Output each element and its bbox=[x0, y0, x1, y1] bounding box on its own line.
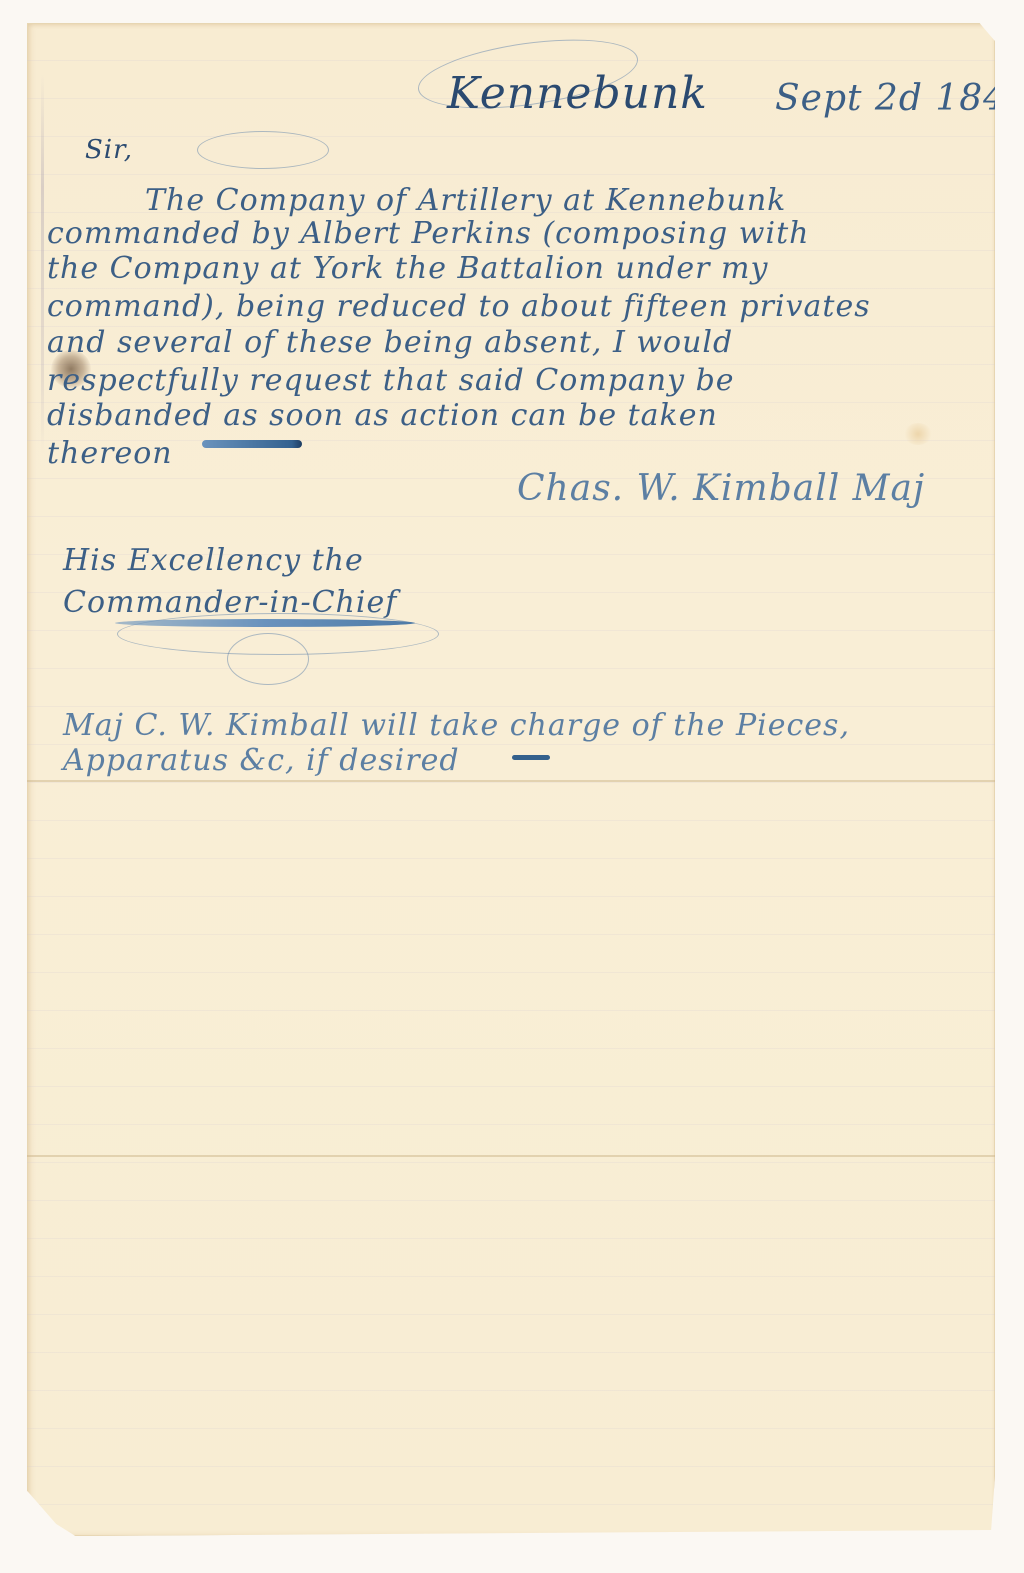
addressee-line: His Excellency the bbox=[63, 543, 364, 578]
body-line: commanded by Albert Perkins (composing w… bbox=[47, 216, 809, 251]
body-line: disbanded as soon as action can be taken bbox=[47, 398, 718, 433]
body-line: respectfully request that said Company b… bbox=[47, 363, 735, 398]
foxing-spot bbox=[904, 423, 932, 445]
edge-bleed-mark bbox=[41, 73, 44, 453]
addressee-underline bbox=[115, 619, 415, 627]
body-line: command), being reduced to about fifteen… bbox=[47, 289, 871, 324]
letter-place: Kennebunk bbox=[447, 68, 708, 119]
signature: Chas. W. Kimball Maj bbox=[517, 468, 925, 509]
postscript-line: Apparatus &c, if desired bbox=[63, 743, 460, 778]
fold-line bbox=[27, 1155, 995, 1157]
salutation: Sir, bbox=[85, 135, 133, 165]
postscript-line: Maj C. W. Kimball will take charge of th… bbox=[63, 708, 850, 743]
addressee-flourish-loop bbox=[227, 633, 309, 685]
letter-date: Sept 2d 1842 bbox=[775, 78, 1024, 119]
fold-line bbox=[27, 780, 995, 782]
body-line: thereon bbox=[47, 436, 173, 471]
letter-page: Kennebunk Sept 2d 1842 Sir, The Company … bbox=[27, 23, 995, 1536]
salutation-flourish bbox=[197, 131, 329, 169]
body-line: The Company of Artillery at Kennebunk bbox=[145, 183, 786, 218]
body-line: and several of these being absent, I wou… bbox=[47, 325, 733, 360]
body-line: the Company at York the Battalion under … bbox=[47, 251, 768, 286]
postscript-dash bbox=[512, 755, 550, 760]
closing-dash bbox=[202, 440, 302, 448]
